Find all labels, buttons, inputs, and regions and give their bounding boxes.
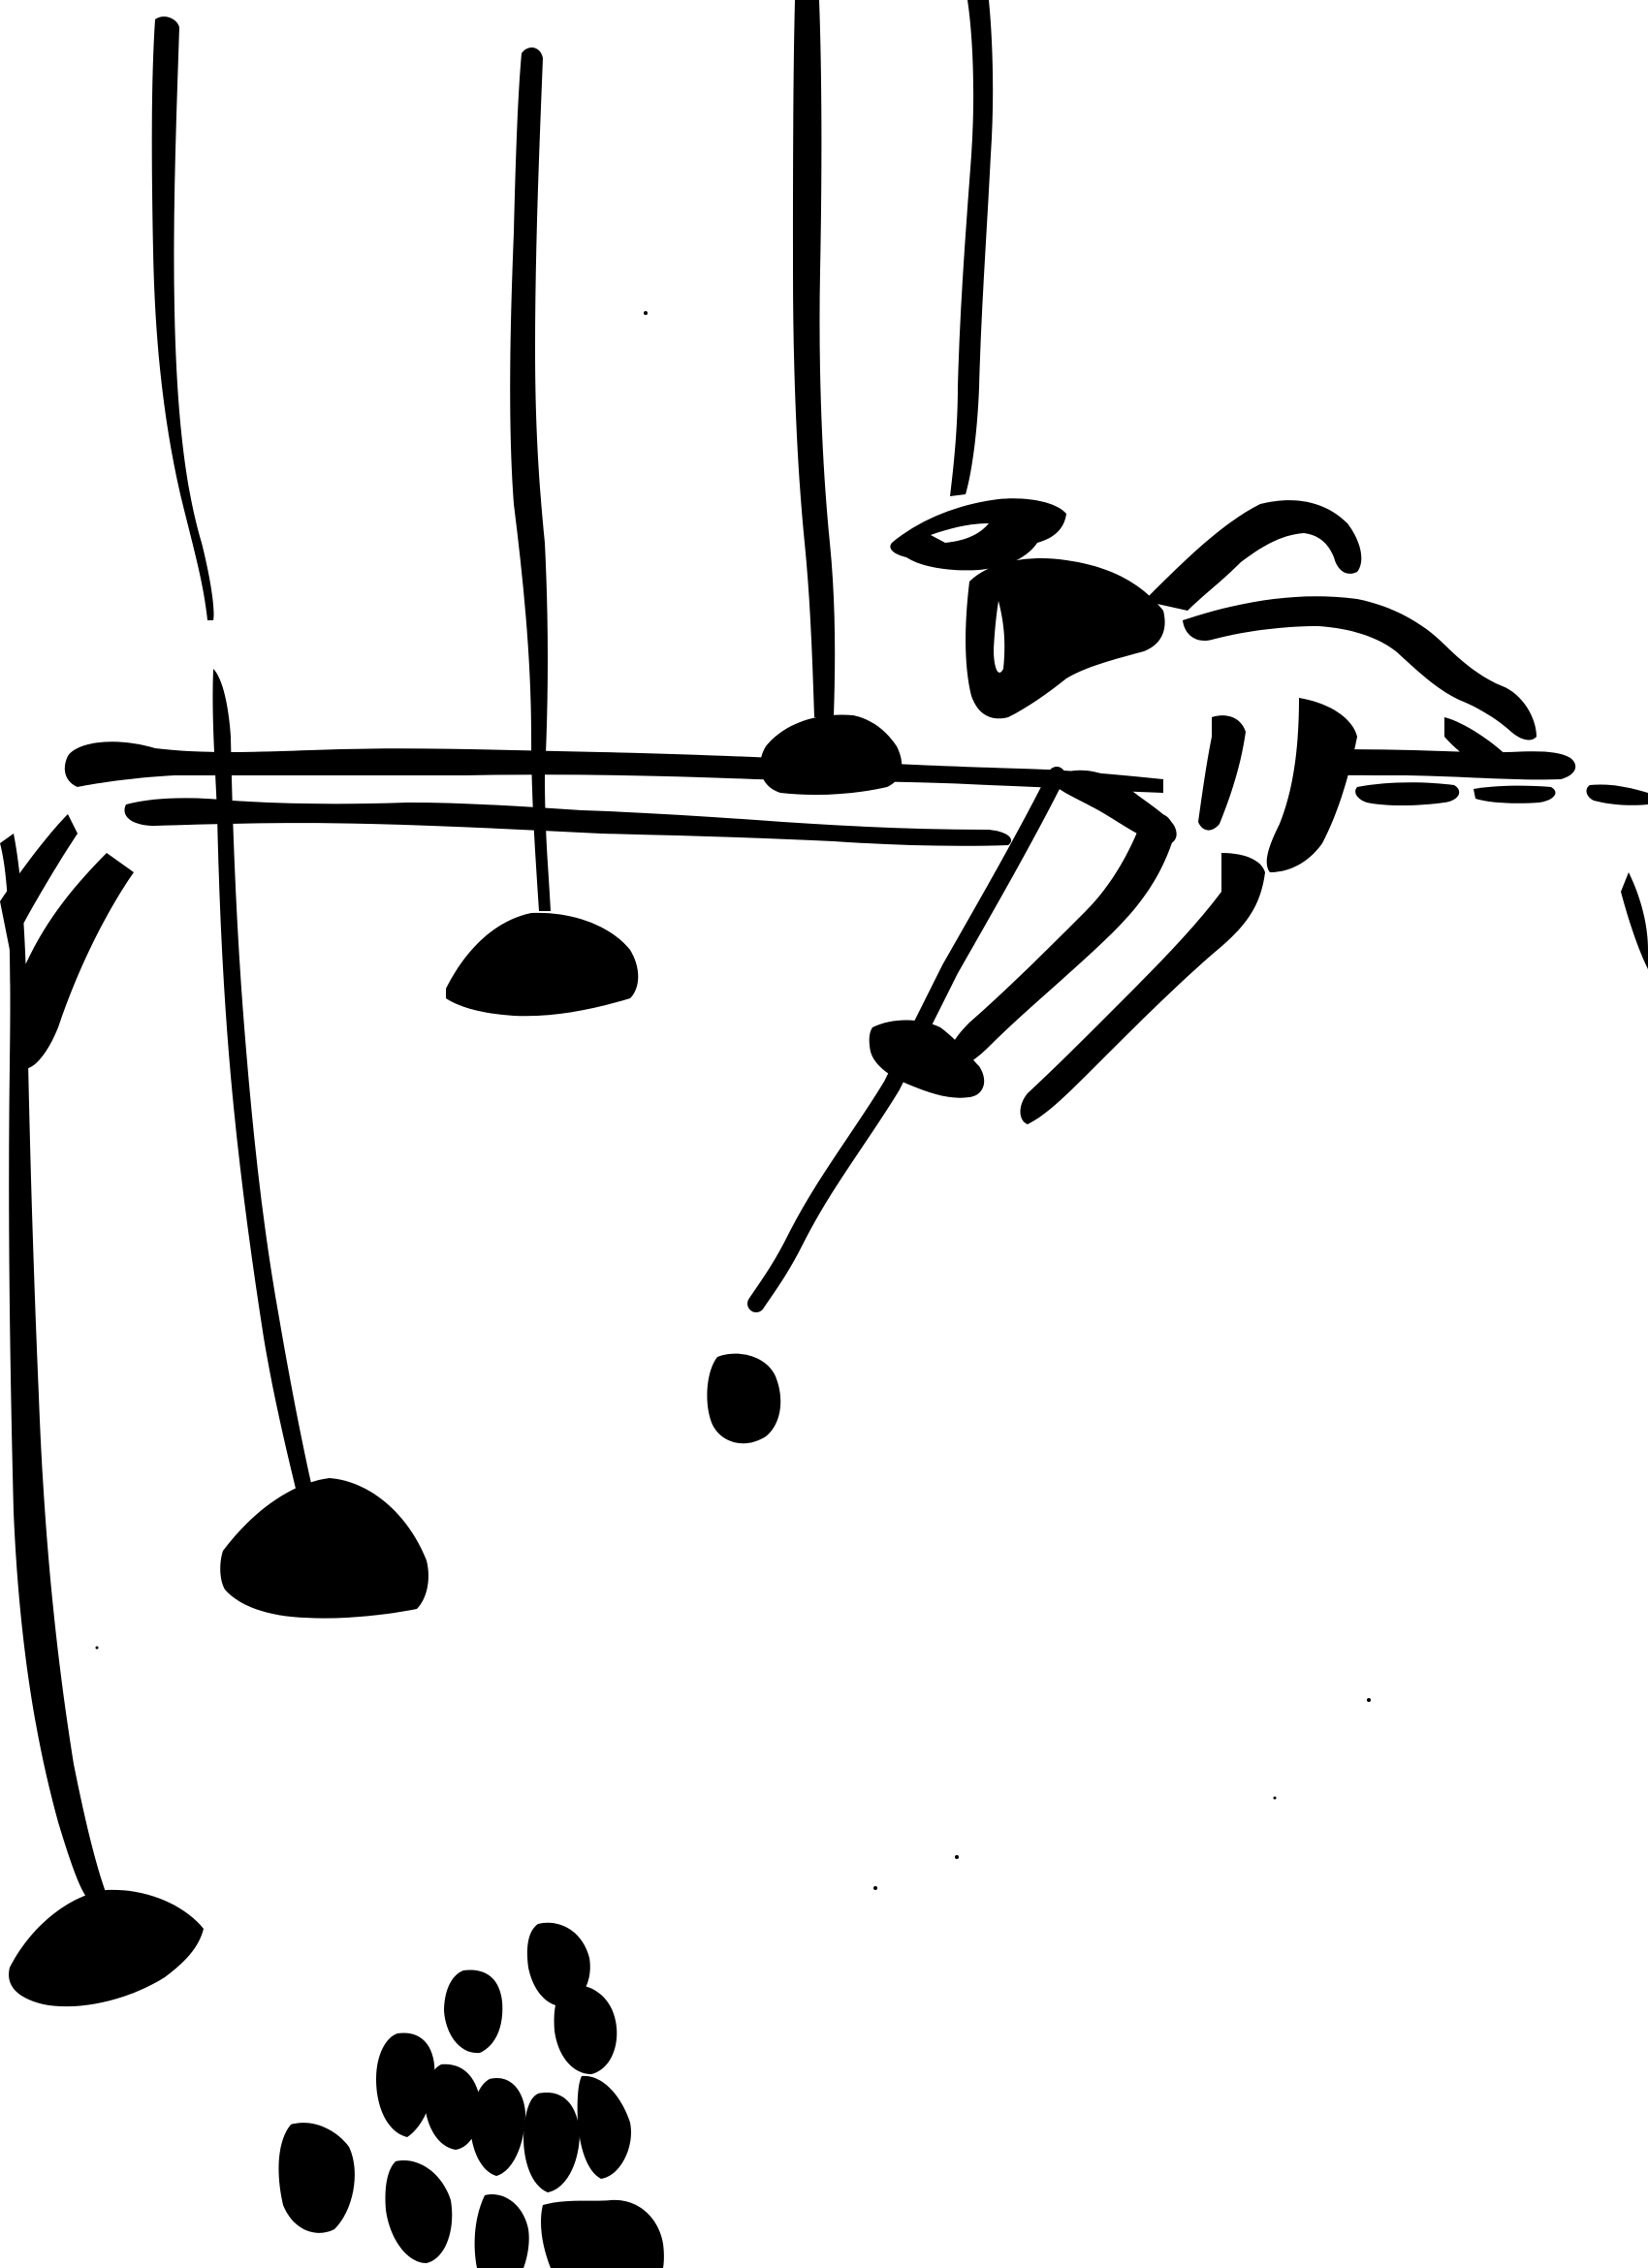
billiards-ink-drawing xyxy=(0,0,1648,2268)
